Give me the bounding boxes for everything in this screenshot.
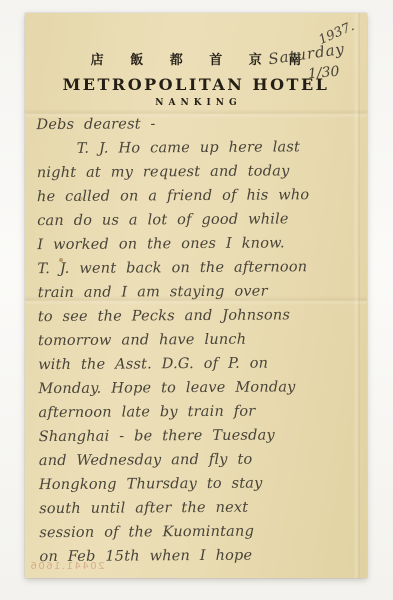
letter-line: with the Asst. D.G. of P. on (38, 351, 360, 377)
letter-line: night at my request and today (37, 159, 359, 185)
date-annotation: 1/30 (307, 64, 340, 83)
letter-line: T. J. went back on the afternoon (37, 255, 359, 281)
letter-line: I worked on the ones I know. (37, 231, 359, 257)
scanned-letter: 店 飯 都 首 京 南 METROPOLITAN HOTEL NANKING 1… (0, 0, 393, 600)
letter-line: T. J. Ho came up here last (37, 135, 359, 161)
letter-line: train and I am staying over (38, 279, 360, 305)
letter-paper: 店 飯 都 首 京 南 METROPOLITAN HOTEL NANKING 1… (25, 13, 367, 578)
letter-line: to see the Pecks and Johnsons (38, 303, 360, 329)
letter-line: session of the Kuomintang (39, 519, 361, 545)
letterhead-city: NANKING (30, 98, 367, 108)
letter-line: south until after the next (39, 495, 361, 521)
salutation: Debs dearest - (36, 111, 358, 137)
letter-line: and Wednesday and fly to (39, 447, 361, 473)
letter-body: Debs dearest - T. J. Ho came up here las… (36, 111, 361, 569)
letter-line: he called on a friend of his who (37, 183, 359, 209)
letter-line: Monday. Hope to leave Monday (38, 375, 360, 401)
letter-line: tomorrow and have lunch (38, 327, 360, 353)
letter-line: afternoon late by train for (38, 399, 360, 425)
letter-line: Shanghai - be there Tuesday (39, 423, 361, 449)
bleed-through-accession-stamp: 20441.1606 (29, 561, 104, 572)
letter-line: can do us a lot of good while (37, 207, 359, 233)
letter-line: Hongkong Thursday to stay (39, 471, 361, 497)
